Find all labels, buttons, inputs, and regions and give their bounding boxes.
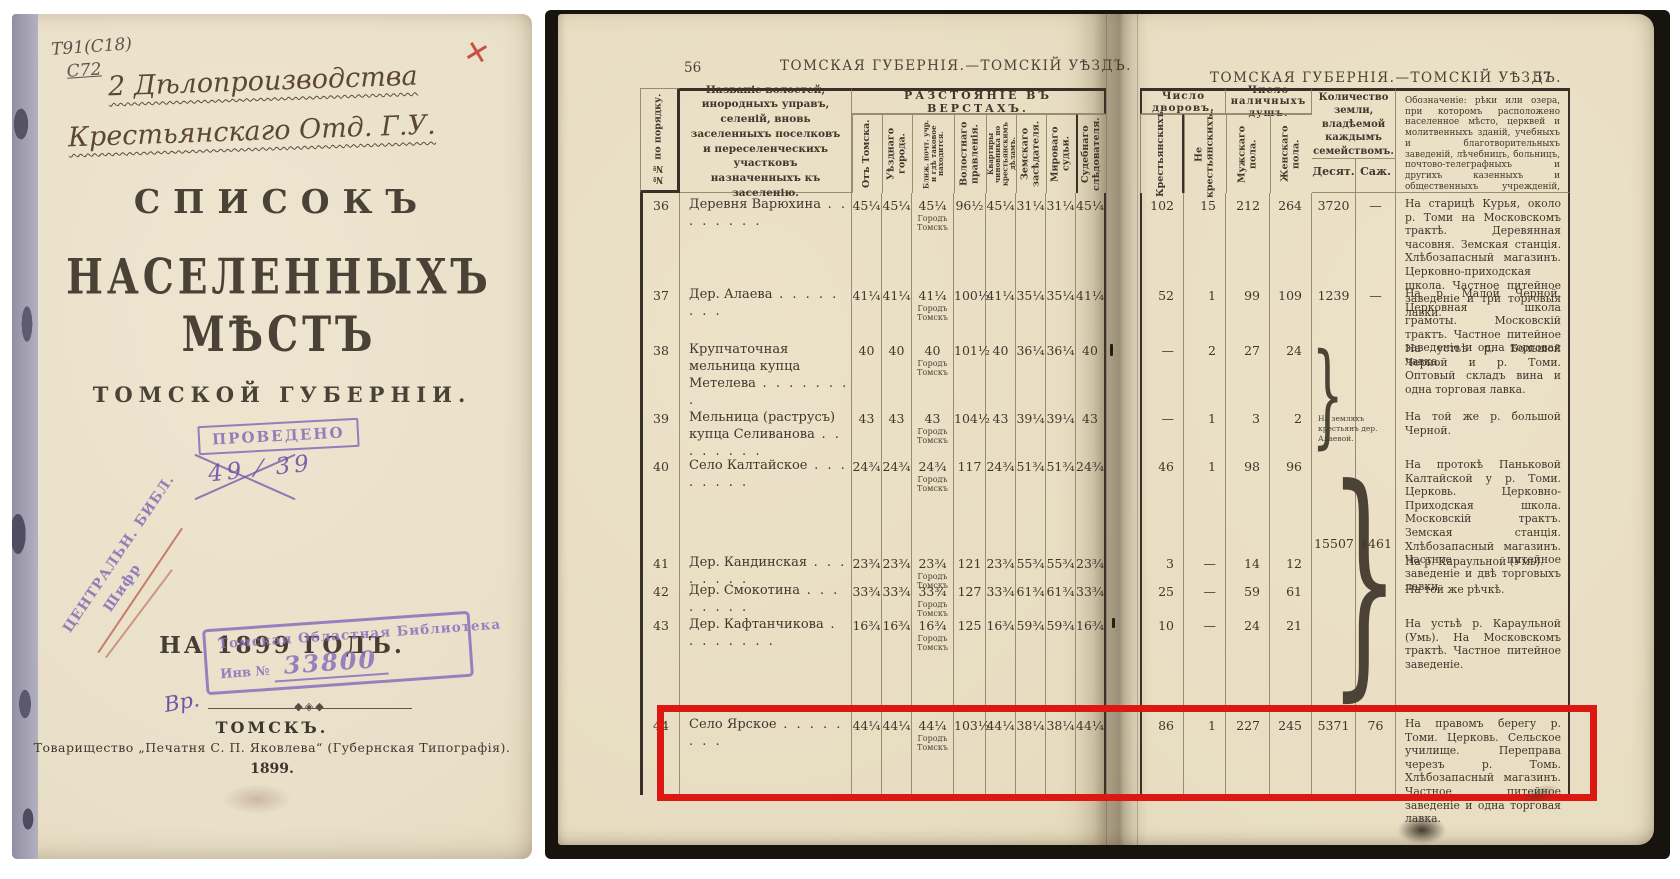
cell-distance-8-row-36: 45¼ bbox=[1076, 193, 1106, 283]
col-header-name: Названіе волостей, инородныхъ управъ, се… bbox=[680, 88, 852, 193]
cell-female-souls-row-38: 24 bbox=[1270, 338, 1312, 406]
cell-distance-1-row-40: 24¾ bbox=[852, 454, 882, 551]
cell-male-souls-row-43: 24 bbox=[1226, 613, 1270, 713]
cell-peasant-households-row-43: 10 bbox=[1140, 613, 1184, 713]
cell-female-souls-row-37: 109 bbox=[1270, 283, 1312, 338]
library-inventory-label: Инв № bbox=[220, 664, 270, 682]
imprint-year: 1899. bbox=[12, 761, 532, 777]
cell-land-desyatina-row-36: 3720 bbox=[1312, 193, 1356, 283]
cell-distance-7-row-38: 36¼ bbox=[1046, 338, 1076, 406]
cell-distance-1-row-38: 40 bbox=[852, 338, 882, 406]
cover-title-naselennyh-mest-text: НАСЕЛЕННЫХЪ МѢСТЪ bbox=[26, 249, 532, 364]
col-header-uyezd-town: Уѣзднаго города. bbox=[882, 114, 912, 193]
cell-distance-5-row-41: 23¾ bbox=[986, 551, 1016, 579]
cell-name-row-36: Деревня Варюхина . . . . . . . . bbox=[680, 193, 852, 283]
page-number-57: 57 bbox=[1534, 70, 1551, 86]
col-header-post-office: Ближ. почт. учр. и гдѣ таковое находится… bbox=[912, 114, 954, 193]
cell-designation-row-39: На той же р. большой Черной. bbox=[1396, 406, 1570, 454]
handwritten-note-line1: 2 Дѣлопроизводства bbox=[108, 61, 419, 103]
cell-distance-8-row-42: 33¾ bbox=[1076, 579, 1106, 613]
cell-distance-6-row-40: 51¾ bbox=[1016, 454, 1046, 551]
cell-distance-3-row-37: 41¼Городъ Томскъ bbox=[912, 283, 954, 338]
col-group-land: Количество земли, владѣемой каждымъ семе… bbox=[1312, 88, 1396, 159]
cell-ordinal-row-40: 40 bbox=[640, 454, 680, 551]
cell-distance-7-row-40: 51¾ bbox=[1046, 454, 1076, 551]
col-header-investigator: Судебнаго слѣдователя. bbox=[1076, 114, 1106, 193]
cell-distance-2-row-43: 16¾ bbox=[882, 613, 912, 713]
cell-ordinal-row-36: 36 bbox=[640, 193, 680, 283]
cell-ordinal-row-41: 41 bbox=[640, 551, 680, 579]
cover-title-gubernia: ТОМСКОЙ ГУБЕРНІИ. bbox=[32, 382, 532, 407]
running-title-left: ТОМСКАЯ ГУБЕРНІЯ.—ТОМСКІЙ УѢЗДЪ. bbox=[780, 58, 1080, 74]
cell-land-sazhen-row-36: — bbox=[1356, 193, 1396, 283]
cell-distance-4-row-38: 101½ bbox=[954, 338, 986, 406]
binding-stitch bbox=[1112, 618, 1115, 628]
cell-male-souls-row-41: 14 bbox=[1226, 551, 1270, 579]
cell-male-souls-row-36: 212 bbox=[1226, 193, 1270, 283]
cover-title-spisok: СПИСОКЪ bbox=[32, 182, 532, 221]
red-cross-mark: ✕ bbox=[460, 33, 493, 73]
cell-female-souls-row-40: 96 bbox=[1270, 454, 1312, 551]
cell-distance-5-row-37: 41¼ bbox=[986, 283, 1016, 338]
cell-distance-6-row-43: 59¾ bbox=[1016, 613, 1046, 713]
cell-designation-row-41: На р. Караульной (Умь). bbox=[1396, 551, 1570, 579]
shared-land-desyatina-value: 15507 bbox=[1312, 536, 1356, 551]
cell-designation-row-37: На р. Малой Черной. Церковная школа грам… bbox=[1396, 283, 1570, 338]
cell-female-souls-row-39: 2 bbox=[1270, 406, 1312, 454]
cell-distance-3-row-43: 16¾Городъ Томскъ bbox=[912, 613, 954, 713]
cell-distance-6-row-39: 39¼ bbox=[1016, 406, 1046, 454]
cell-name-row-43: Дер. Кафтанчикова . . . . . . . . bbox=[680, 613, 852, 713]
cell-male-souls-row-39: 3 bbox=[1226, 406, 1270, 454]
cell-distance-6-row-38: 36¼ bbox=[1016, 338, 1046, 406]
cell-nonpeasant-households-row-36: 15 bbox=[1184, 193, 1226, 283]
col-header-from-tomsk: Отъ Томска. bbox=[852, 114, 882, 193]
cell-distance-8-row-38: 40 bbox=[1076, 338, 1106, 406]
decorative-rule: ◆◈◆ bbox=[208, 708, 412, 709]
cell-distance-8-row-43: 16¾ bbox=[1076, 613, 1106, 713]
handwritten-note-line2: Крестьянскаго Отд. Г.У. bbox=[68, 110, 436, 154]
cell-nonpeasant-households-row-42: — bbox=[1184, 579, 1226, 613]
cell-distance-2-row-39: 43 bbox=[882, 406, 912, 454]
cell-peasant-households-row-40: 46 bbox=[1140, 454, 1184, 551]
cell-distance-4-row-39: 104½ bbox=[954, 406, 986, 454]
cell-distance-4-row-36: 96½ bbox=[954, 193, 986, 283]
cell-distance-2-row-38: 40 bbox=[882, 338, 912, 406]
cell-distance-6-row-37: 35¼ bbox=[1016, 283, 1046, 338]
cell-distance-2-row-41: 23¾ bbox=[882, 551, 912, 579]
tomsk-library-stamp: Томская Областная Библиотека Инв № 33800 bbox=[202, 611, 474, 696]
cell-male-souls-row-38: 27 bbox=[1226, 338, 1270, 406]
cell-male-souls-row-40: 98 bbox=[1226, 454, 1270, 551]
cell-ordinal-row-43: 43 bbox=[640, 613, 680, 713]
brace-rows-40-43: } bbox=[1329, 452, 1399, 708]
col-group-distance: РАЗСТОЯНІЕ ВЪ ВЕРСТАХЪ. bbox=[852, 88, 1106, 114]
cell-peasant-households-row-39: — bbox=[1140, 406, 1184, 454]
cell-distance-1-row-42: 33¾ bbox=[852, 579, 882, 613]
cell-name-row-37: Дер. Алаева . . . . . . . . bbox=[680, 283, 852, 338]
cell-peasant-households-row-36: 102 bbox=[1140, 193, 1184, 283]
imprint-publisher: Товарищество „Печатня С. П. Яковлева“ (Г… bbox=[12, 740, 532, 755]
cell-distance-7-row-43: 59¾ bbox=[1046, 613, 1076, 713]
cell-distance-1-row-37: 41¼ bbox=[852, 283, 882, 338]
cell-female-souls-row-41: 12 bbox=[1270, 551, 1312, 579]
cell-distance-8-row-41: 23¾ bbox=[1076, 551, 1106, 579]
rule-ornament-icon: ◆◈◆ bbox=[294, 700, 325, 713]
col-header-desyatina: Десят. bbox=[1312, 159, 1356, 193]
cell-distance-4-row-41: 121 bbox=[954, 551, 986, 579]
binding-stitch bbox=[1110, 344, 1113, 356]
cell-male-souls-row-42: 59 bbox=[1226, 579, 1270, 613]
running-title-right: ТОМСКАЯ ГУБЕРНІЯ.—ТОМСКІЙ УѢЗДЪ. bbox=[1210, 70, 1510, 86]
cell-female-souls-row-42: 61 bbox=[1270, 579, 1312, 613]
col-header-zemstvo: Земскаго засѣдателя. bbox=[1016, 114, 1046, 193]
library-inventory-number: 33800 bbox=[273, 644, 388, 683]
cell-male-souls-row-37: 99 bbox=[1226, 283, 1270, 338]
handwritten-vr: Вр. bbox=[162, 687, 201, 717]
cell-ordinal-row-39: 39 bbox=[640, 406, 680, 454]
cell-distance-6-row-42: 61¾ bbox=[1016, 579, 1046, 613]
col-header-judge: Мироваго судьи. bbox=[1046, 114, 1076, 193]
col-header-peasant-households: Крестьянскихъ bbox=[1140, 114, 1184, 193]
col-header-male: Мужскаго пола. bbox=[1226, 114, 1270, 193]
cell-distance-5-row-42: 33¾ bbox=[986, 579, 1016, 613]
cell-name-row-38: Крупчаточная мельница купца Метелева . .… bbox=[680, 338, 852, 406]
scanned-book-photo: { "cover": { "call_number_line1": "Т91(С… bbox=[0, 0, 1680, 879]
cell-distance-4-row-40: 117 bbox=[954, 454, 986, 551]
cell-distance-1-row-41: 23¾ bbox=[852, 551, 882, 579]
imprint-city: ТОМСКЪ. bbox=[12, 718, 532, 737]
col-group-souls: Число наличныхъ душъ. bbox=[1226, 88, 1312, 114]
cell-name-row-41: Дер. Кандинская . . . . . . . . bbox=[680, 551, 852, 579]
cell-distance-6-row-41: 55¾ bbox=[1016, 551, 1046, 579]
cell-distance-7-row-39: 39¼ bbox=[1046, 406, 1076, 454]
cover-title-naselennyh-mest: НАСЕЛЕННЫХЪ МѢСТЪ bbox=[26, 260, 532, 352]
cell-distance-2-row-42: 33¾ bbox=[882, 579, 912, 613]
cell-distance-1-row-39: 43 bbox=[852, 406, 882, 454]
cell-female-souls-row-36: 264 bbox=[1270, 193, 1312, 283]
cell-name-row-39: Мельница (раструсъ) купца Селиванова . .… bbox=[680, 406, 852, 454]
cell-peasant-households-row-41: 3 bbox=[1140, 551, 1184, 579]
cell-distance-3-row-41: 23¾Городъ Томскъ bbox=[912, 551, 954, 579]
cell-female-souls-row-43: 21 bbox=[1270, 613, 1312, 713]
cell-name-row-42: Дер. Смокотина . . . . . . . . bbox=[680, 579, 852, 613]
cell-distance-2-row-40: 24¾ bbox=[882, 454, 912, 551]
cell-distance-1-row-36: 45¼ bbox=[852, 193, 882, 283]
cell-distance-2-row-37: 41¼ bbox=[882, 283, 912, 338]
cell-designation-row-36: На старицѣ Курья, около р. Томи на Моско… bbox=[1396, 193, 1570, 283]
cell-peasant-households-row-42: 25 bbox=[1140, 579, 1184, 613]
cell-distance-5-row-38: 40 bbox=[986, 338, 1016, 406]
col-header-volost: Волостнаго правленія. bbox=[954, 114, 986, 193]
cell-nonpeasant-households-row-37: 1 bbox=[1184, 283, 1226, 338]
cell-distance-7-row-36: 31¼ bbox=[1046, 193, 1076, 283]
cell-ordinal-row-38: 38 bbox=[640, 338, 680, 406]
provedeno-stamp: ПРОВЕДЕНО bbox=[197, 418, 359, 455]
cell-nonpeasant-households-row-39: 1 bbox=[1184, 406, 1226, 454]
cell-distance-4-row-42: 127 bbox=[954, 579, 986, 613]
cell-distance-3-row-42: 33¾Городъ Томскъ bbox=[912, 579, 954, 613]
book-cover-scan: Т91(С18) С72 ✕ 2 Дѣлопроизводства Кресть… bbox=[12, 14, 532, 859]
cell-designation-row-38: На устьѣ р. Большой Черной и р. Томи. Оп… bbox=[1396, 338, 1570, 406]
highlight-rectangle-row-44 bbox=[657, 705, 1597, 801]
page-number-56: 56 bbox=[684, 60, 701, 76]
cell-nonpeasant-households-row-41: — bbox=[1184, 551, 1226, 579]
stain bbox=[222, 784, 292, 814]
cell-designation-row-43: На устьѣ р. Караульной (Умь). На Московс… bbox=[1396, 613, 1570, 713]
cell-distance-2-row-36: 45¼ bbox=[882, 193, 912, 283]
cell-distance-8-row-39: 43 bbox=[1076, 406, 1106, 454]
cell-name-row-40: Село Калтайское . . . . . . . . bbox=[680, 454, 852, 551]
cell-distance-7-row-37: 35¼ bbox=[1046, 283, 1076, 338]
cell-designation-row-40: На протокѣ Паньковой Калтайской у р. Том… bbox=[1396, 454, 1570, 551]
cell-distance-6-row-36: 31¼ bbox=[1016, 193, 1046, 283]
col-header-designation: Обозначеніе: рѣки или озера, при котором… bbox=[1396, 88, 1570, 193]
cell-distance-5-row-36: 45¼ bbox=[986, 193, 1016, 283]
cell-distance-8-row-37: 41¼ bbox=[1076, 283, 1106, 338]
cell-distance-5-row-40: 24¾ bbox=[986, 454, 1016, 551]
cell-designation-row-42: На той же рѣчкѣ. bbox=[1396, 579, 1570, 613]
census-table: №№ по порядку. Названіе волостей, инород… bbox=[640, 88, 1570, 795]
col-header-female: Женскаго пола. bbox=[1270, 114, 1312, 193]
cell-nonpeasant-households-row-43: — bbox=[1184, 613, 1226, 713]
cell-distance-4-row-37: 100½ bbox=[954, 283, 986, 338]
col-header-nonpeasant-households: Не крестьянскихъ. bbox=[1184, 114, 1226, 193]
cell-land-sazhen-row-38 bbox=[1356, 338, 1396, 406]
cell-land-sazhen-row-37: — bbox=[1356, 283, 1396, 338]
cell-ordinal-row-37: 37 bbox=[640, 283, 680, 338]
col-header-sazhen: Саж. bbox=[1356, 159, 1396, 193]
cell-ordinal-row-42: 42 bbox=[640, 579, 680, 613]
cell-distance-3-row-38: 40Городъ Томскъ bbox=[912, 338, 954, 406]
cell-peasant-households-row-38: — bbox=[1140, 338, 1184, 406]
cell-nonpeasant-households-row-40: 1 bbox=[1184, 454, 1226, 551]
cell-distance-4-row-43: 125 bbox=[954, 613, 986, 713]
cell-distance-3-row-36: 45¼Городъ Томскъ bbox=[912, 193, 954, 283]
col-header-peasant-official: Квартиры чиновника по крестьянскимъ дѣла… bbox=[986, 114, 1016, 193]
cell-distance-1-row-43: 16¾ bbox=[852, 613, 882, 713]
shared-land-sazhen-value: 1461 bbox=[1356, 536, 1396, 551]
cell-distance-7-row-42: 61¾ bbox=[1046, 579, 1076, 613]
cell-distance-7-row-41: 55¾ bbox=[1046, 551, 1076, 579]
cell-distance-5-row-39: 43 bbox=[986, 406, 1016, 454]
cell-peasant-households-row-37: 52 bbox=[1140, 283, 1184, 338]
cell-distance-8-row-40: 24¾ bbox=[1076, 454, 1106, 551]
col-header-ordinal: №№ по порядку. bbox=[640, 88, 680, 193]
cell-nonpeasant-households-row-38: 2 bbox=[1184, 338, 1226, 406]
cell-distance-3-row-39: 43Городъ Томскъ bbox=[912, 406, 954, 454]
cell-distance-5-row-43: 16¾ bbox=[986, 613, 1016, 713]
cell-distance-3-row-40: 24¾Городъ Томскъ bbox=[912, 454, 954, 551]
